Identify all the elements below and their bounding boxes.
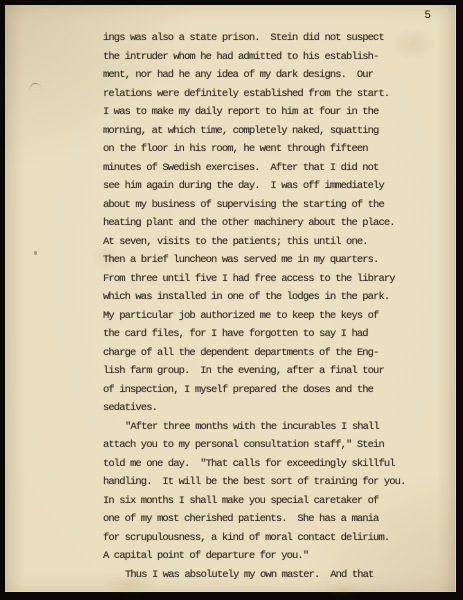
- typed-line: on the floor in his room, he went throug…: [103, 140, 415, 159]
- typed-line: minutes of Swedish exercises. After that…: [103, 159, 415, 178]
- scan-background: 5 ings was also a state prison. Stein di…: [0, 0, 463, 600]
- typed-line: From three until five I had free access …: [103, 270, 415, 289]
- typed-line: which was installed in one of the lodges…: [103, 288, 415, 307]
- typed-line: ings was also a state prison. Stein did …: [103, 29, 415, 48]
- typed-line: In six months I shall make you special c…: [103, 492, 415, 511]
- typed-line: My particular job authorized me to keep …: [103, 307, 415, 326]
- typed-line: ment, nor had he any idea of my dark des…: [103, 66, 415, 85]
- typed-line: see him again during the day. I was off …: [103, 177, 415, 196]
- typed-line: A capital point of departure for you.": [103, 547, 415, 566]
- manuscript-page: 5 ings was also a state prison. Stein di…: [5, 5, 456, 592]
- typed-line: the card files, for I have forgotten to …: [103, 325, 415, 344]
- typed-line: the intruder whom he had admitted to his…: [103, 48, 415, 67]
- typed-line: sedatives.: [103, 399, 415, 418]
- typed-line: At seven, visits to the patients; this u…: [103, 233, 415, 252]
- typed-line: Then a brief luncheon was served me in m…: [103, 251, 415, 270]
- typed-line: "After three months with the incurables …: [103, 418, 415, 437]
- typed-line: I was to make my daily report to him at …: [103, 103, 415, 122]
- pencil-mark: [28, 82, 41, 91]
- typed-line: attach you to my personal consultation s…: [103, 436, 415, 455]
- typed-line: morning, at which time, completely naked…: [103, 122, 415, 141]
- typed-line: about my business of supervising the sta…: [103, 196, 415, 215]
- typed-line: charge of all the dependent departments …: [103, 344, 415, 363]
- page-number: 5: [424, 10, 431, 22]
- typed-text-block: ings was also a state prison. Stein did …: [103, 29, 415, 584]
- typed-line: for scrupulousness, a kind of moral cont…: [103, 529, 415, 548]
- typed-line: one of my most cherished patients. She h…: [103, 510, 415, 529]
- typed-line: lish farm group. In the evening, after a…: [103, 362, 415, 381]
- typed-line: of inspection, I myself prepared the dos…: [103, 381, 415, 400]
- paper-speck: [34, 251, 37, 255]
- typed-line: told me one day. "That calls for exceedi…: [103, 455, 415, 474]
- typed-line: relations were definitely established fr…: [103, 85, 415, 104]
- typed-line: Thus I was absolutely my own master. And…: [103, 566, 415, 585]
- typed-line: heating plant and the other machinery ab…: [103, 214, 415, 233]
- typed-line: handling. It will be the best sort of tr…: [103, 473, 415, 492]
